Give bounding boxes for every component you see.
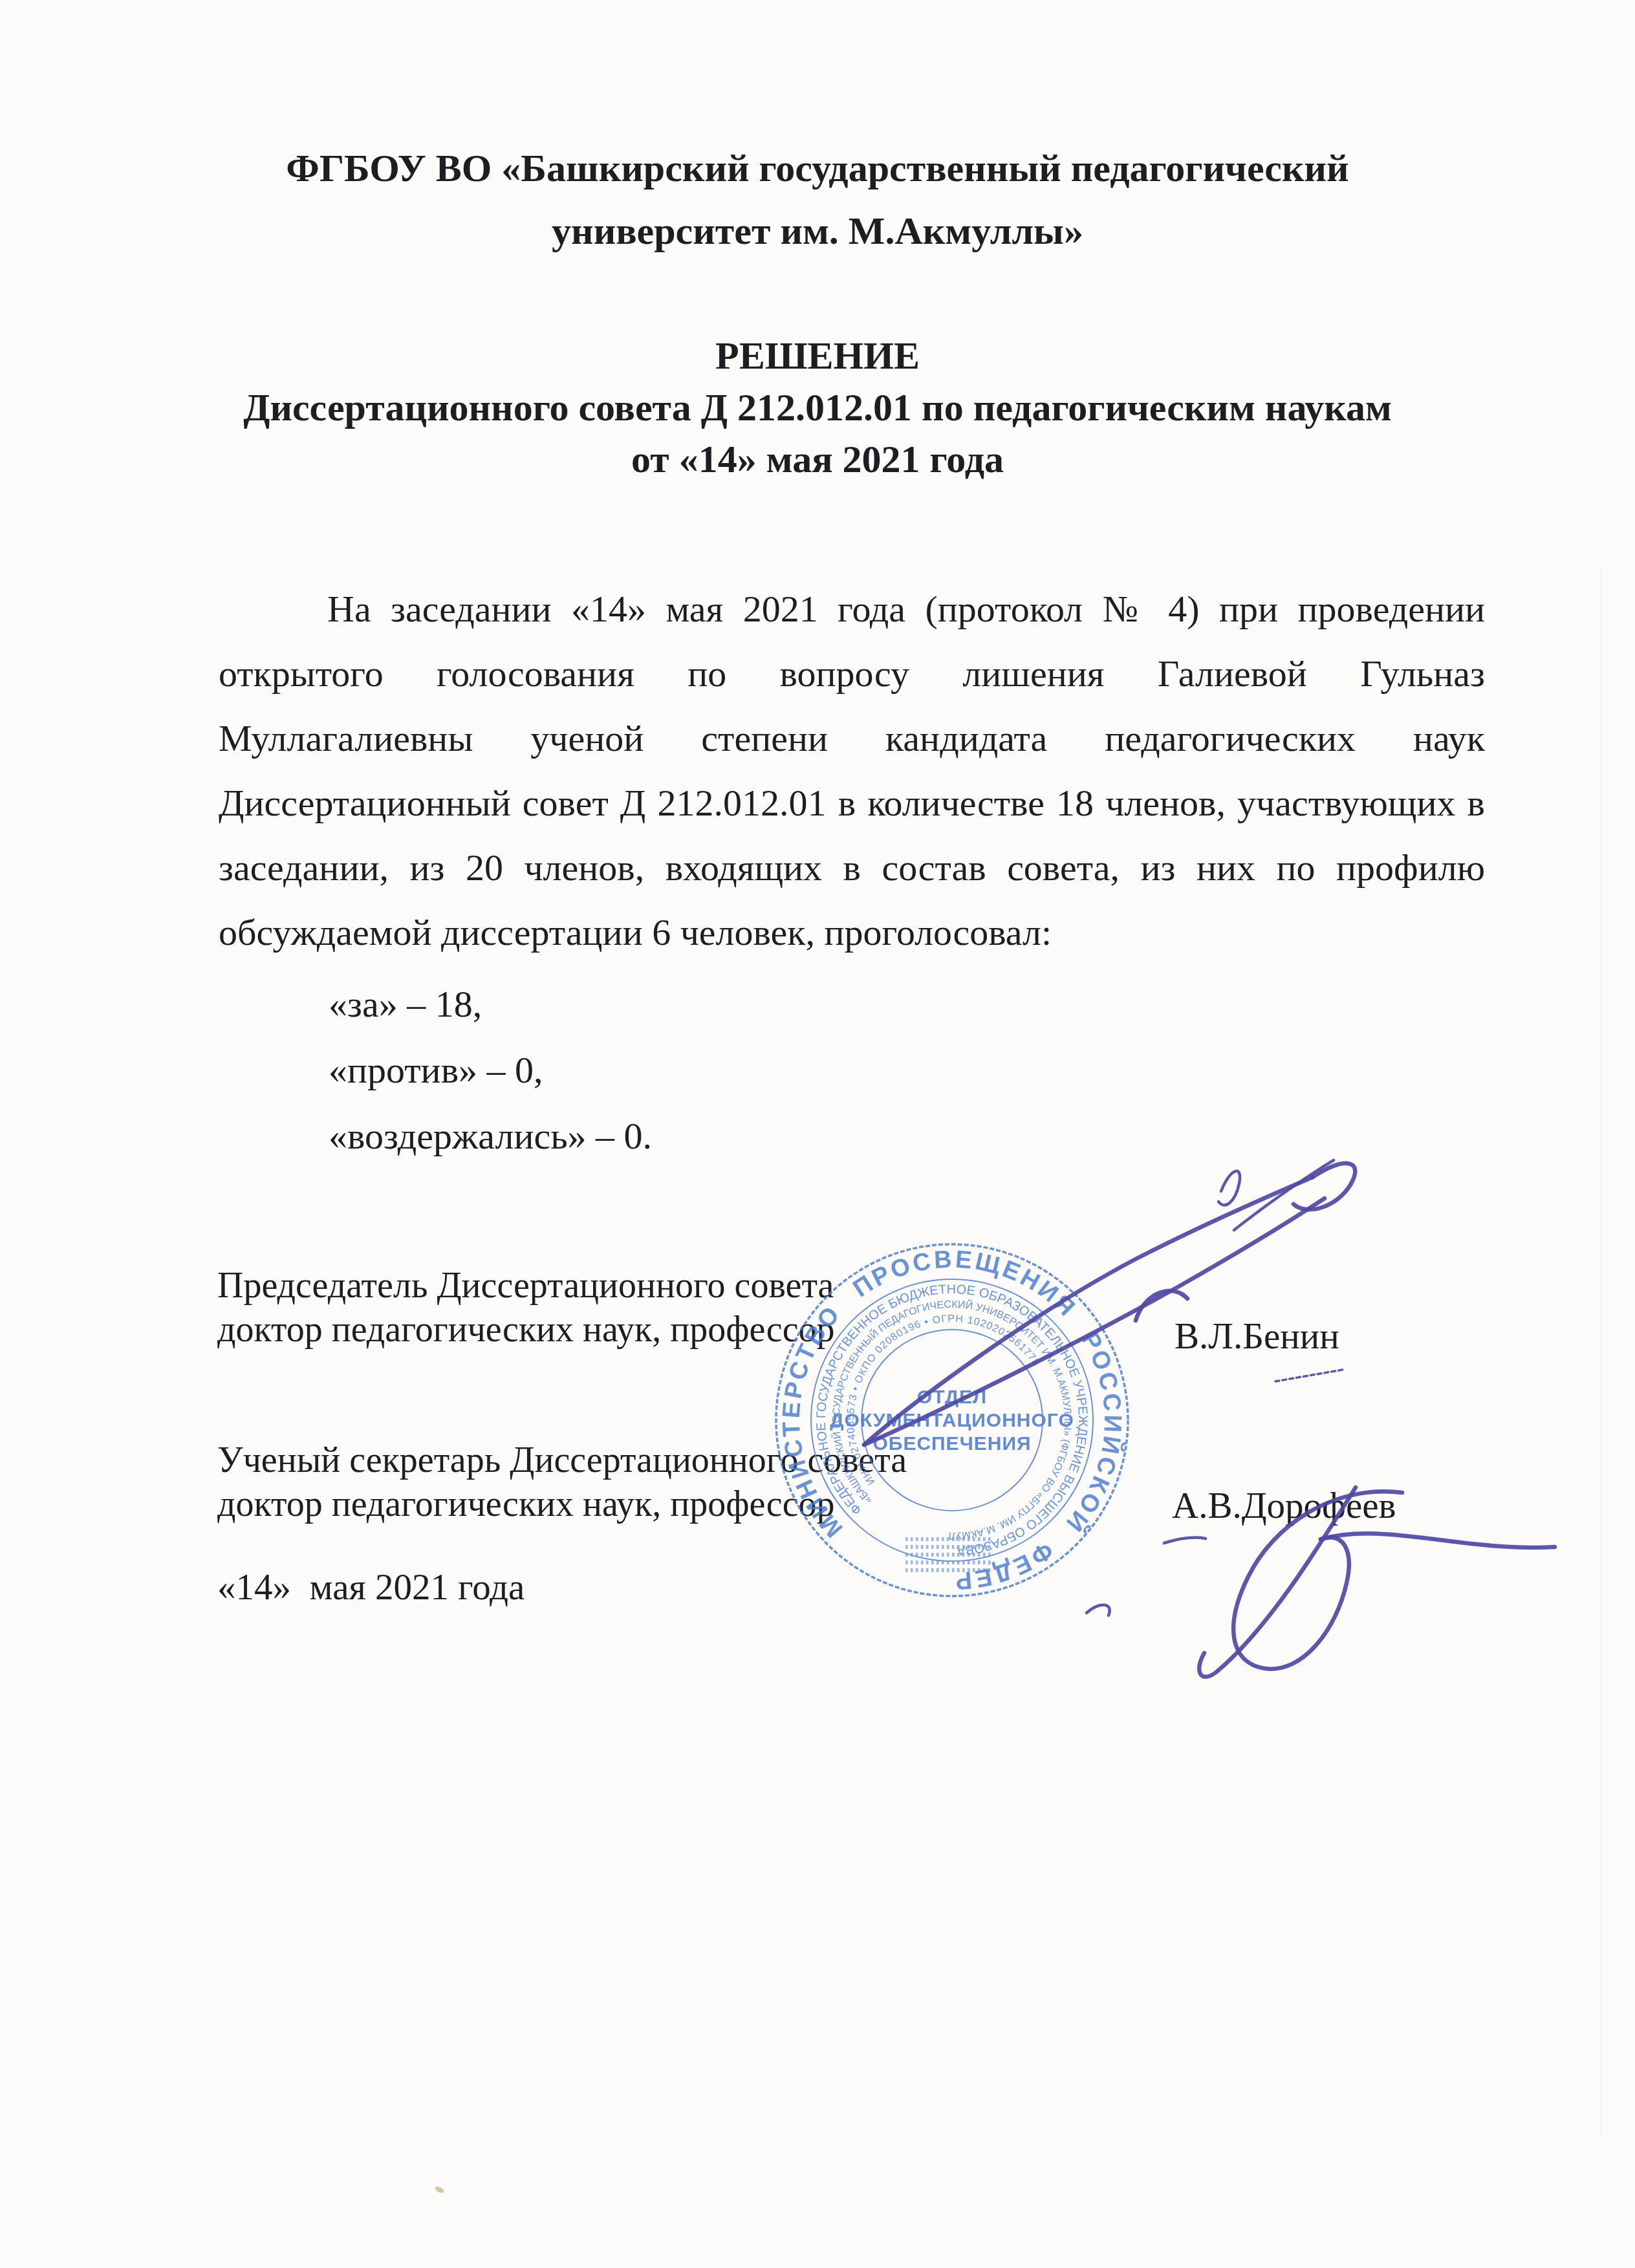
signature-stroke — [1218, 1171, 1240, 1205]
scan-fold-line — [1601, 569, 1602, 2134]
document-date: «14» мая 2021 года — [217, 1566, 525, 1608]
secretary-signature-block: Ученый секретарь Диссертационного совета… — [217, 1438, 907, 1526]
secretary-name: А.В.Дорофеев — [1172, 1485, 1396, 1527]
organization-header-line1: ФГБОУ ВО «Башкирский государственный пед… — [0, 137, 1635, 200]
chairman-position-line1: Председатель Диссертационного совета — [217, 1264, 835, 1308]
vote-against-line: «против» – 0, — [329, 1037, 652, 1103]
signature-stroke — [864, 1177, 1313, 1445]
signature-stroke — [1087, 1605, 1110, 1615]
chairman-handwritten-signature — [864, 1160, 1355, 1445]
chairman-signature-block: Председатель Диссертационного совета док… — [217, 1264, 835, 1352]
scanned-document-page: ФГБОУ ВО «Башкирский государственный пед… — [0, 0, 1635, 2268]
document-title: РЕШЕНИЕ — [0, 330, 1635, 382]
secretary-position-line2: доктор педагогических наук, профессор — [217, 1482, 907, 1526]
signature-stroke — [1294, 1163, 1355, 1209]
signature-stroke — [1164, 1538, 1206, 1543]
body-paragraph: На заседании «14» мая 2021 года (протоко… — [219, 577, 1485, 965]
secretary-position-line1: Ученый секретарь Диссертационного совета — [217, 1438, 907, 1482]
vote-abstained-line: «воздержались» – 0. — [329, 1103, 652, 1169]
signature-stroke — [1234, 1160, 1334, 1230]
stamp-center-line1: ОТДЕЛ — [917, 1387, 987, 1408]
organization-header: ФГБОУ ВО «Башкирский государственный пед… — [0, 137, 1635, 263]
chairman-name: В.Л.Бенин — [1175, 1315, 1339, 1357]
signature-flick — [1275, 1370, 1343, 1381]
organization-header-line2: университет им. М.Акмуллы» — [0, 200, 1635, 263]
paragraph-line: заседании, из 20 членов, входящих в сост… — [219, 836, 1485, 900]
chairman-position-line2: доктор педагогических наук, профессор — [217, 1308, 835, 1352]
stamp-center-line2: ДОКУМЕНТАЦИОННОГО — [830, 1410, 1074, 1431]
vote-for-line: «за» – 18, — [329, 971, 652, 1037]
paragraph-line: На заседании «14» мая 2021 года (протоко… — [219, 577, 1485, 642]
paragraph-line: обсуждаемой диссертации 6 человек, прого… — [219, 900, 1485, 965]
stamp-dotted-block — [905, 1539, 993, 1570]
document-title-block: РЕШЕНИЕ Диссертационного совета Д 212.01… — [0, 330, 1635, 485]
paragraph-line: Муллагалиевны ученой степени кандидата п… — [219, 706, 1485, 771]
title-date-line: от «14» мая 2021 года — [0, 433, 1635, 485]
scan-speck — [434, 2185, 445, 2194]
vote-results: «за» – 18, «против» – 0, «воздержались» … — [329, 971, 652, 1169]
paragraph-line: открытого голосования по вопросу лишения… — [219, 642, 1485, 706]
paragraph-line: Диссертационный совет Д 212.012.01 в кол… — [219, 771, 1485, 836]
council-subtitle: Диссертационного совета Д 212.012.01 по … — [0, 382, 1635, 433]
signature-stroke — [1321, 1533, 1555, 1548]
